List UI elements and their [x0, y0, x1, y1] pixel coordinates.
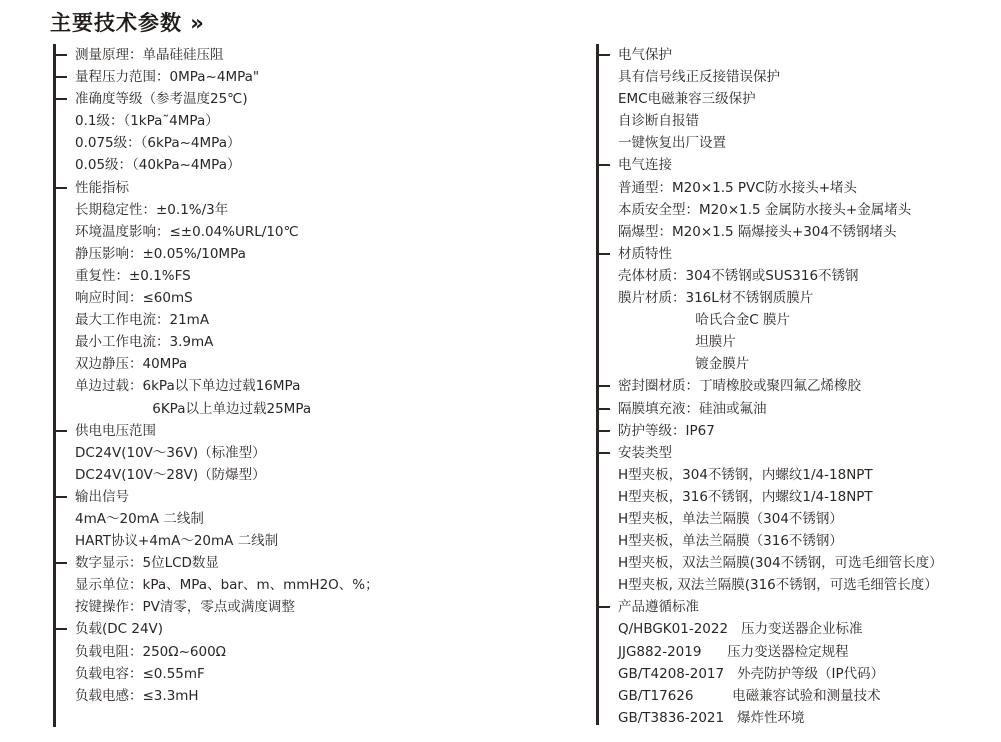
spec-category-row: 电气保护 [596, 44, 996, 66]
spec-category-row: 性能指标 [53, 177, 533, 199]
spec-item-row: 壳体材质：304不锈钢或SUS316不锈钢 [596, 265, 996, 287]
spec-text: 重复性：±0.1%FS [75, 265, 191, 287]
spec-category-row: 产品遵循标准 [596, 596, 996, 618]
spec-text: 自诊断自报错 [618, 110, 699, 132]
spec-text: 负载(DC 24V) [75, 618, 163, 640]
spec-item-row: 膜片材质：316L材不锈钢质膜片 [596, 287, 996, 309]
spec-item-row: 负载电容：≤0.55mF [53, 663, 533, 685]
spec-category-row: 测量原理：单晶硅硅压阻 [53, 44, 533, 66]
spec-category-row: 电气连接 [596, 154, 996, 176]
spec-text: 安装类型 [618, 442, 672, 464]
spec-category-row: 隔膜填充液：硅油或氟油 [596, 398, 996, 420]
spec-item-row: 自诊断自报错 [596, 110, 996, 132]
spec-text: GB/T3836-2021 爆炸性环境 [618, 707, 804, 729]
spec-text: 防护等级：IP67 [618, 420, 715, 442]
spec-text: 环境温度影响：≤±0.04%URL/10℃ [75, 221, 299, 243]
spec-category-row: 负载(DC 24V) [53, 618, 533, 640]
spec-category-row: 量程压力范围：0MPa~4MPa" [53, 66, 533, 88]
spec-text: 性能指标 [75, 177, 129, 199]
spec-item-row: HART协议+4mA～20mA 二线制 [53, 530, 533, 552]
spec-text: HART协议+4mA～20mA 二线制 [75, 530, 278, 552]
tree-branch-tick [596, 54, 610, 56]
spec-text: DC24V(10V～36V)（标准型） [75, 442, 266, 464]
spec-text: 哈氏合金C 膜片 [618, 309, 790, 331]
spec-item-row: 长期稳定性：±0.1%/3年 [53, 199, 533, 221]
spec-text: 隔爆型：M20×1.5 隔爆接头+304不锈钢堵头 [618, 221, 896, 243]
spec-item-row: H型夹板，单法兰隔膜（304不锈钢） [596, 508, 996, 530]
tree-branch-tick [53, 54, 67, 56]
spec-text: EMC电磁兼容三级保护 [618, 88, 756, 110]
spec-item-row: H型夹板，316不锈钢，内螺纹1/4-18NPT [596, 486, 996, 508]
spec-text: 电气保护 [618, 44, 672, 66]
spec-item-row: JJG882-2019 压力变送器检定规程 [596, 641, 996, 663]
spec-text: 坦膜片 [618, 331, 736, 353]
spec-item-row: DC24V(10V～36V)（标准型） [53, 442, 533, 464]
spec-text: H型夹板，304不锈钢，内螺纹1/4-18NPT [618, 464, 873, 486]
spec-category-row: 防护等级：IP67 [596, 420, 996, 442]
spec-item-row: 0.1级：（1kPa˜4MPa） [53, 110, 533, 132]
spec-text: 0.075级：（6kPa~4MPa） [75, 132, 240, 154]
spec-text: 壳体材质：304不锈钢或SUS316不锈钢 [618, 265, 859, 287]
spec-text: 一键恢复出厂设置 [618, 132, 726, 154]
spec-text: 隔膜填充液：硅油或氟油 [618, 398, 767, 420]
spec-text: 0.05级：（40kPa~4MPa） [75, 154, 240, 176]
spec-text: 本质安全型：M20×1.5 金属防水接头+金属堵头 [618, 199, 911, 221]
spec-item-row: 普通型：M20×1.5 PVC防水接头+堵头 [596, 177, 996, 199]
spec-text: H型夹板，单法兰隔膜（304不锈钢） [618, 508, 843, 530]
spec-text: 响应时间：≤60mS [75, 287, 193, 309]
spec-category-row: 供电电压范围 [53, 420, 533, 442]
spec-item-row: 4mA～20mA 二线制 [53, 508, 533, 530]
tree-branch-tick [53, 430, 67, 432]
spec-text: 产品遵循标准 [618, 596, 699, 618]
spec-text: 0.1级：（1kPa˜4MPa） [75, 110, 219, 132]
spec-category-row: 安装类型 [596, 442, 996, 464]
spec-category-row: 材质特性 [596, 243, 996, 265]
spec-text: 供电电压范围 [75, 420, 156, 442]
spec-text: GB/T17626 电磁兼容试验和测量技术 [618, 685, 881, 707]
spec-item-row: 0.05级：（40kPa~4MPa） [53, 154, 533, 176]
spec-item-row: 坦膜片 [596, 331, 996, 353]
spec-text: 膜片材质：316L材不锈钢质膜片 [618, 287, 813, 309]
tree-branch-tick [53, 98, 67, 100]
spec-item-row: 0.075级：（6kPa~4MPa） [53, 132, 533, 154]
spec-item-row: 一键恢复出厂设置 [596, 132, 996, 154]
spec-text: 负载电阻：250Ω~600Ω [75, 641, 226, 663]
spec-text: GB/T4208-2017 外壳防护等级（IP代码） [618, 663, 884, 685]
spec-category-row: 数字显示：5位LCD数显 [53, 552, 533, 574]
spec-item-row: 负载电感：≤3.3mH [53, 685, 533, 707]
spec-text: 按键操作：PV清零，零点或满度调整 [75, 596, 295, 618]
spec-item-row: 显示单位：kPa、MPa、bar、m、mmH2O、%； [53, 574, 533, 596]
spec-text: 材质特性 [618, 243, 672, 265]
spec-item-row: DC24V(10V～28V)（防爆型） [53, 464, 533, 486]
spec-text: Q/HBGK01-2022 压力变送器企业标准 [618, 618, 862, 640]
spec-item-row: 最大工作电流：21mA [53, 309, 533, 331]
spec-text: DC24V(10V～28V)（防爆型） [75, 464, 266, 486]
tree-branch-tick [596, 253, 610, 255]
spec-text: 负载电感：≤3.3mH [75, 685, 199, 707]
tree-branch-tick [596, 385, 610, 387]
tree-branch-tick [53, 496, 67, 498]
spec-text: H型夹板, 双法兰隔膜(316不锈钢，可选毛细管长度） [618, 574, 938, 596]
spec-item-row: GB/T3836-2021 爆炸性环境 [596, 707, 996, 729]
spec-item-row: Q/HBGK01-2022 压力变送器企业标准 [596, 618, 996, 640]
spec-text: 镀金膜片 [618, 353, 749, 375]
spec-item-row: 重复性：±0.1%FS [53, 265, 533, 287]
spec-text: H型夹板，316不锈钢，内螺纹1/4-18NPT [618, 486, 873, 508]
spec-text: 最大工作电流：21mA [75, 309, 209, 331]
spec-category-row: 密封圈材质：丁晴橡胶或聚四氟乙烯橡胶 [596, 375, 996, 397]
tree-branch-tick [596, 606, 610, 608]
spec-item-row: 镀金膜片 [596, 353, 996, 375]
spec-text: 密封圈材质：丁晴橡胶或聚四氟乙烯橡胶 [618, 375, 861, 397]
spec-text: 输出信号 [75, 486, 129, 508]
spec-text: H型夹板，双法兰隔膜(304不锈钢，可选毛细管长度） [618, 552, 943, 574]
page-title: 主要技术参数 » [50, 7, 205, 37]
spec-text: H型夹板，单法兰隔膜（316不锈钢） [618, 530, 843, 552]
spec-text: 准确度等级（参考温度25℃) [75, 88, 248, 110]
spec-item-row: GB/T4208-2017 外壳防护等级（IP代码） [596, 663, 996, 685]
tree-branch-tick [596, 452, 610, 454]
spec-item-row: 按键操作：PV清零，零点或满度调整 [53, 596, 533, 618]
spec-item-row: 最小工作电流：3.9mA [53, 331, 533, 353]
spec-item-row: 6KPa以上单边过载25MPa [53, 398, 533, 420]
spec-item-row: 隔爆型：M20×1.5 隔爆接头+304不锈钢堵头 [596, 221, 996, 243]
spec-item-row: 哈氏合金C 膜片 [596, 309, 996, 331]
spec-text: 量程压力范围：0MPa~4MPa" [75, 66, 259, 88]
spec-text: 最小工作电流：3.9mA [75, 331, 213, 353]
spec-text: 6KPa以上单边过载25MPa [75, 398, 311, 420]
spec-text: 长期稳定性：±0.1%/3年 [75, 199, 228, 221]
spec-text: 测量原理：单晶硅硅压阻 [75, 44, 224, 66]
spec-item-row: H型夹板，304不锈钢，内螺纹1/4-18NPT [596, 464, 996, 486]
spec-text: 静压影响：±0.05%/10MPa [75, 243, 246, 265]
tree-branch-tick [596, 430, 610, 432]
spec-item-row: EMC电磁兼容三级保护 [596, 88, 996, 110]
spec-text: JJG882-2019 压力变送器检定规程 [618, 641, 849, 663]
spec-item-row: GB/T17626 电磁兼容试验和测量技术 [596, 685, 996, 707]
tree-branch-tick [53, 76, 67, 78]
tree-branch-tick [53, 628, 67, 630]
tree-branch-tick [596, 164, 610, 166]
spec-text: 双边静压：40MPa [75, 353, 187, 375]
spec-item-row: 环境温度影响：≤±0.04%URL/10℃ [53, 221, 533, 243]
spec-column-left: 测量原理：单晶硅硅压阻量程压力范围：0MPa~4MPa"准确度等级（参考温度25… [53, 44, 533, 707]
spec-item-row: H型夹板，双法兰隔膜(304不锈钢，可选毛细管长度） [596, 552, 996, 574]
spec-text: 电气连接 [618, 154, 672, 176]
spec-item-row: H型夹板, 双法兰隔膜(316不锈钢，可选毛细管长度） [596, 574, 996, 596]
spec-item-row: 响应时间：≤60mS [53, 287, 533, 309]
spec-text: 负载电容：≤0.55mF [75, 663, 205, 685]
tree-branch-tick [53, 562, 67, 564]
spec-item-row: H型夹板，单法兰隔膜（316不锈钢） [596, 530, 996, 552]
spec-item-row: 静压影响：±0.05%/10MPa [53, 243, 533, 265]
spec-text: 显示单位：kPa、MPa、bar、m、mmH2O、%； [75, 574, 379, 596]
spec-text: 单边过载：6kPa以下单边过载16MPa [75, 375, 300, 397]
spec-text: 4mA～20mA 二线制 [75, 508, 204, 530]
spec-column-right: 电气保护具有信号线正反接错误保护EMC电磁兼容三级保护自诊断自报错一键恢复出厂设… [596, 44, 996, 729]
tree-branch-tick [596, 408, 610, 410]
spec-item-row: 具有信号线正反接错误保护 [596, 66, 996, 88]
spec-item-row: 双边静压：40MPa [53, 353, 533, 375]
tree-branch-tick [53, 187, 67, 189]
spec-text: 数字显示：5位LCD数显 [75, 552, 219, 574]
spec-category-row: 输出信号 [53, 486, 533, 508]
spec-item-row: 本质安全型：M20×1.5 金属防水接头+金属堵头 [596, 199, 996, 221]
spec-item-row: 单边过载：6kPa以下单边过载16MPa [53, 375, 533, 397]
spec-item-row: 负载电阻：250Ω~600Ω [53, 641, 533, 663]
spec-text: 具有信号线正反接错误保护 [618, 66, 780, 88]
spec-text: 普通型：M20×1.5 PVC防水接头+堵头 [618, 177, 857, 199]
spec-category-row: 准确度等级（参考温度25℃) [53, 88, 533, 110]
